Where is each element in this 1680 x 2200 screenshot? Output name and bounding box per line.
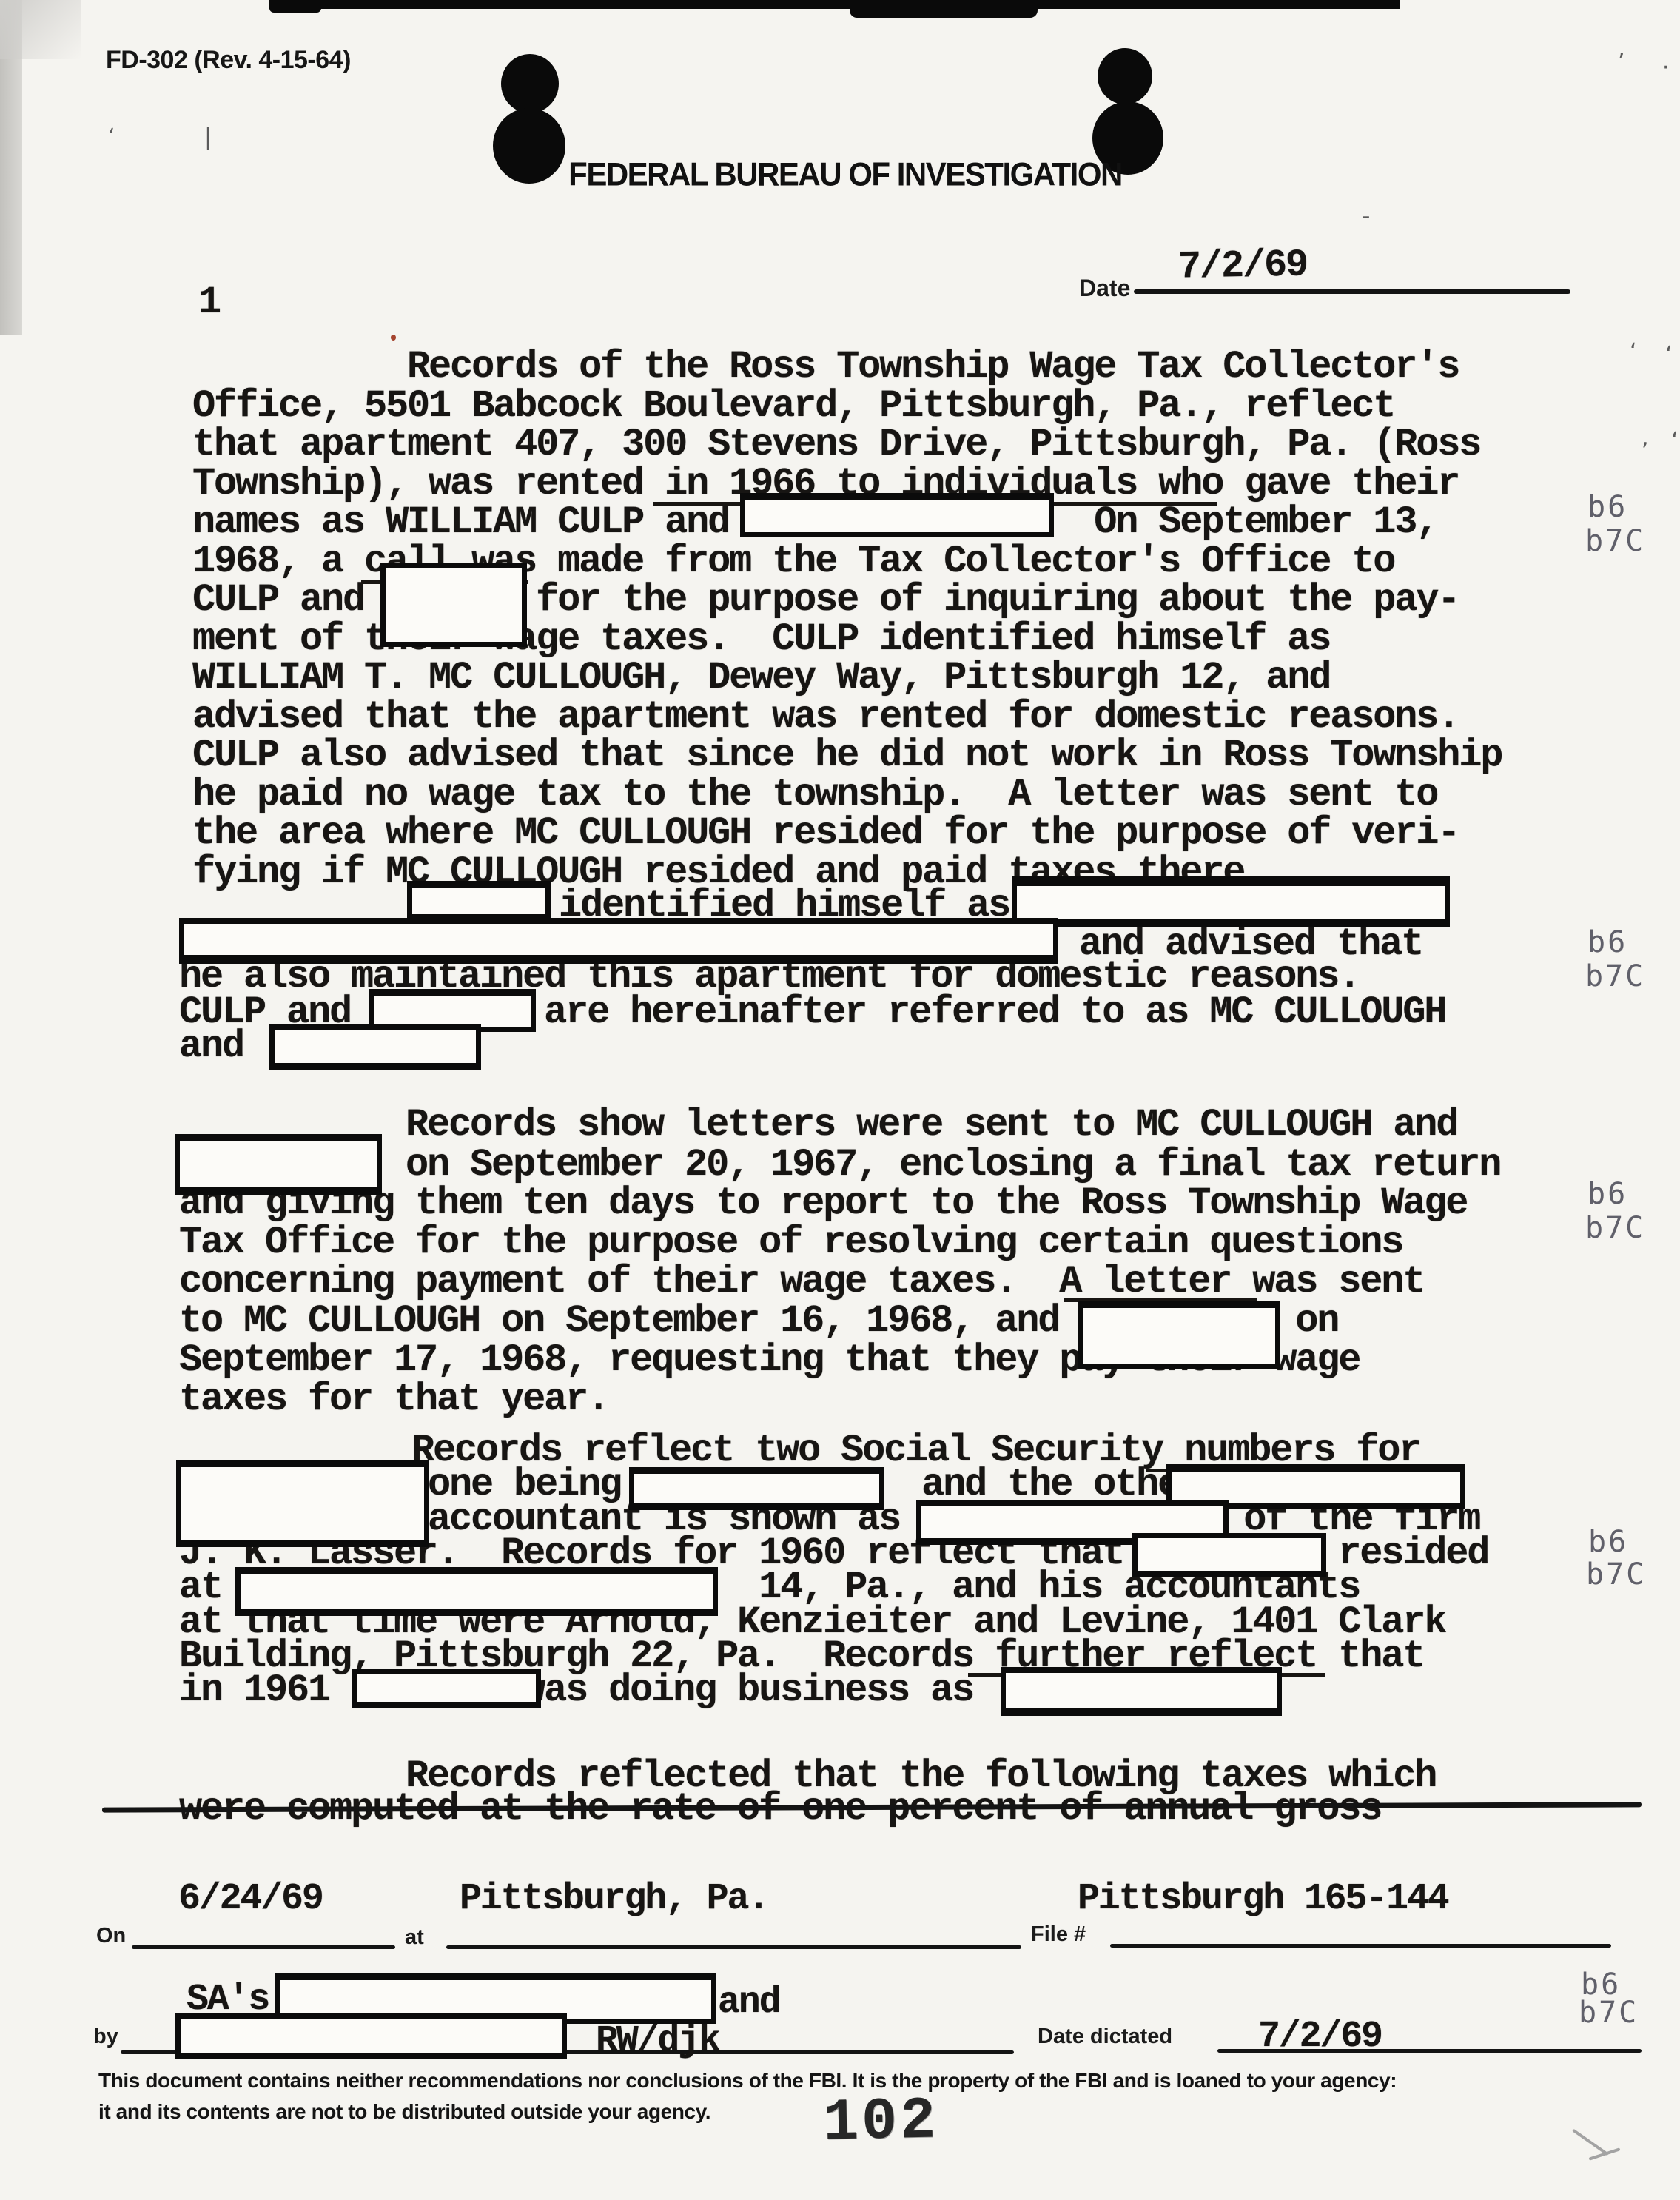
date-value: 7/2/69 (1178, 246, 1308, 286)
scan-speck: | (204, 124, 212, 150)
by-label: by (93, 2025, 118, 2048)
foia-exemption-code: b7C (1579, 1997, 1639, 2028)
scan-speck (391, 335, 396, 341)
redaction-box (629, 1467, 884, 1510)
foia-exemption-code: b7C (1585, 961, 1645, 992)
pencil-mark (1572, 2129, 1609, 2156)
scan-artifact-bar (269, 0, 321, 13)
at-label: at (405, 1926, 424, 1948)
body-line: he paid no wage tax to the township. A l… (192, 776, 1437, 814)
body-line: advised that the apartment was rented fo… (192, 698, 1459, 737)
redaction-box (740, 493, 1054, 537)
scan-artifact-bar (269, 0, 1400, 9)
date-rule (1134, 289, 1570, 294)
redaction-box (176, 1460, 429, 1547)
redaction-box (235, 1567, 718, 1616)
redaction-box (380, 563, 527, 647)
foia-exemption-code: b6 (1587, 927, 1627, 958)
page-number: 1 (198, 284, 220, 322)
scan-speck: · (1662, 55, 1670, 81)
redaction-box (269, 1024, 481, 1070)
redaction-box (1012, 876, 1450, 927)
and-label: and (718, 1984, 779, 2022)
scan-speck: ‘ (1630, 339, 1637, 365)
file-number-label: File # (1031, 1923, 1086, 1945)
date-dictated-label: Date dictated (1038, 2025, 1172, 2048)
document-page: FD-302 (Rev. 4-15-64) FEDERAL BUREAU OF … (0, 0, 1680, 2200)
file-number-value: Pittsburgh 165-144 (1078, 1880, 1448, 1919)
scan-speck: ‘ (1665, 342, 1673, 368)
form-rule (446, 1945, 1021, 1949)
scan-speck: ‘ (1671, 428, 1679, 454)
foia-exemption-code: b7C (1585, 526, 1645, 557)
form-number: FD-302 (Rev. 4-15-64) (106, 46, 351, 75)
date-label: Date (1079, 277, 1130, 299)
redaction-box (175, 1134, 382, 1195)
disclaimer-line: This document contains neither recommend… (98, 2070, 1397, 2092)
body-line: the area where MC CULLOUGH resided for t… (192, 814, 1459, 853)
body-line: CULP also advised that since he did not … (192, 737, 1502, 775)
body-line: Records show letters were sent to MC CUL… (406, 1106, 1457, 1144)
agency-title: FEDERAL BUREAU OF INVESTIGATION (564, 156, 1126, 193)
body-line: that apartment 407, 300 Stevens Drive, P… (192, 426, 1480, 464)
scan-speck: , (1642, 425, 1649, 451)
body-line: concerning payment of their wage taxes. … (179, 1263, 1424, 1301)
interview-date-value: 6/24/69 (178, 1880, 323, 1919)
body-line: 1968, a call was made from the Tax Colle… (192, 543, 1394, 581)
ink-blot-icon (493, 108, 565, 184)
body-line: in 1961 was doing business as (179, 1671, 973, 1710)
body-line: Records of the Ross Township Wage Tax Co… (192, 348, 1459, 386)
scan-speck: ˉ (1360, 213, 1371, 239)
redaction-box (1132, 1533, 1326, 1577)
body-line: ment of their wage taxes. CULP identifie… (192, 620, 1330, 659)
redaction-box (407, 881, 551, 919)
foia-exemption-code: b6 (1588, 1526, 1628, 1557)
body-line: WILLIAM T. MC CULLOUGH, Dewey Way, Pitts… (192, 659, 1330, 697)
form-rule (1110, 1944, 1611, 1948)
body-line: taxes for that year. (179, 1381, 608, 1419)
redaction-box (1001, 1667, 1282, 1716)
redaction-box (1078, 1301, 1280, 1369)
ink-blot-icon (501, 54, 559, 113)
body-line: Tax Office for the purpose of resolving … (179, 1224, 1402, 1262)
foia-exemption-code: b6 (1587, 492, 1627, 523)
form-rule (132, 1945, 395, 1949)
stenographer-initials: RW/djk (596, 2022, 719, 2061)
disclaimer-line: it and its contents are not to be distri… (98, 2101, 710, 2123)
scan-speck: ‘ (108, 124, 115, 150)
redaction-box (179, 918, 1058, 964)
date-dictated-value: 7/2/69 (1258, 2018, 1382, 2056)
foia-exemption-code: b7C (1585, 1213, 1645, 1244)
body-line: Office, 5501 Babcock Boulevard, Pittsbur… (192, 387, 1394, 426)
redaction-box (352, 1669, 541, 1708)
redaction-box (175, 2013, 567, 2059)
scan-speck: ’ (1618, 49, 1625, 75)
page-number-stamp: 102 (822, 2087, 939, 2157)
body-line: on September 20, 1967, enclosing a final… (406, 1146, 1500, 1184)
on-label: On (96, 1925, 126, 1947)
interview-place-value: Pittsburgh, Pa. (460, 1880, 768, 1919)
scan-artifact-bar (850, 0, 1038, 18)
body-line: and (179, 1027, 243, 1066)
foia-exemption-code: b7C (1586, 1559, 1646, 1590)
foia-exemption-code: b6 (1587, 1178, 1627, 1210)
ink-blot-icon (1098, 48, 1152, 104)
scan-corner-shadow (0, 0, 81, 59)
